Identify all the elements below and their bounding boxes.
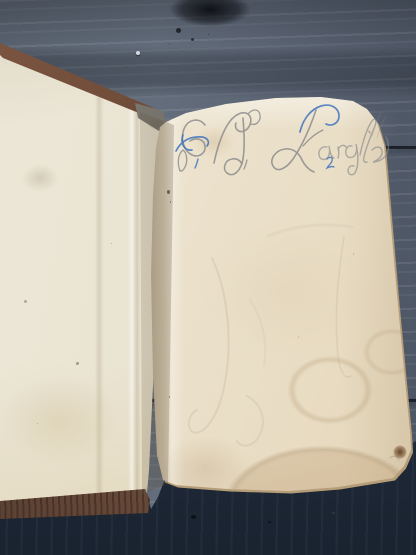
handwritten-signature — [0, 0, 416, 555]
photo-old-book-on-wood-table — [0, 0, 416, 555]
